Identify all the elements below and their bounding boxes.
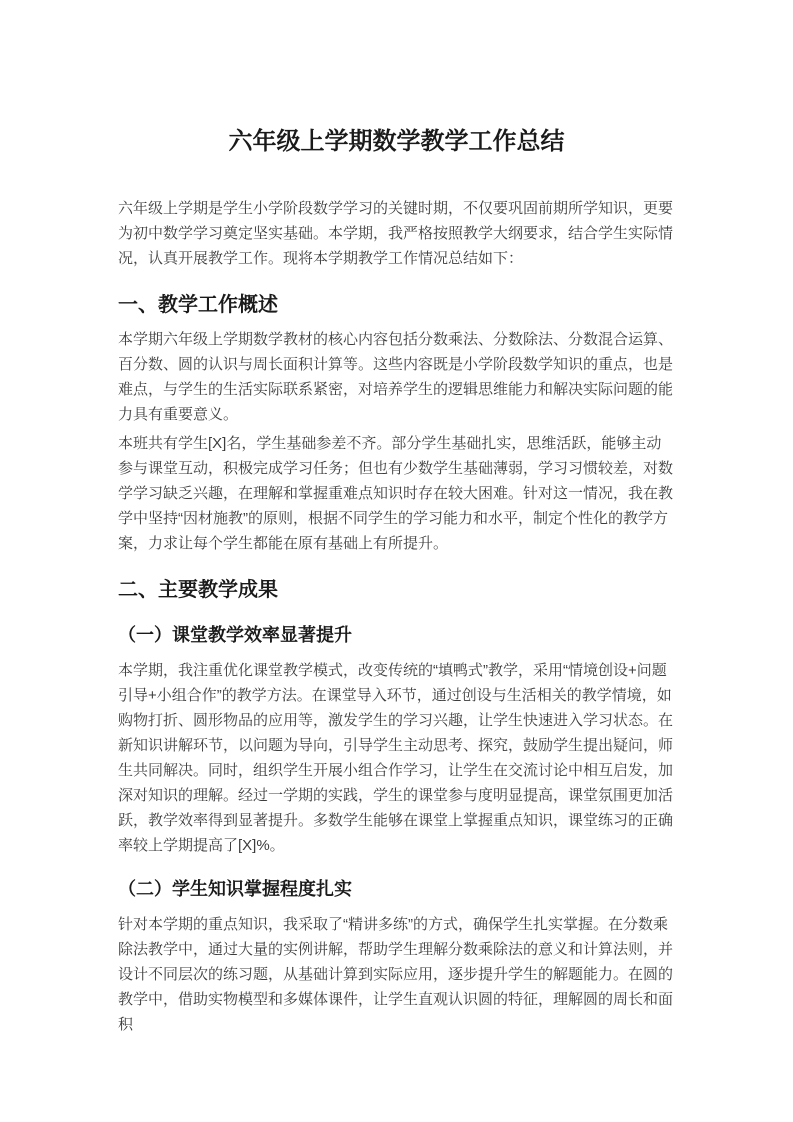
section-2-sub-2-heading: （二）学生知识掌握程度扎实 [118, 876, 675, 902]
section-1-paragraph-1: 本学期六年级上学期数学教材的核心内容包括分数乘法、分数除法、分数混合运算、百分数… [118, 327, 675, 427]
section-2-sub-1-heading: （一）课堂教学效率显著提升 [118, 622, 675, 648]
section-2-sub-1-paragraph: 本学期，我注重优化课堂教学模式，改变传统的“填鸭式”教学，采用“情境创设+问题引… [118, 658, 675, 858]
intro-paragraph: 六年级上学期是学生小学阶段数学学习的关键时期，不仅要巩固前期所学知识，更要为初中… [118, 196, 675, 271]
document-page: 六年级上学期数学教学工作总结 六年级上学期是学生小学阶段数学学习的关键时期，不仅… [0, 0, 793, 1122]
document-title: 六年级上学期数学教学工作总结 [118, 126, 675, 158]
section-2-sub-2-paragraph: 针对本学期的重点知识，我采取了“精讲多练”的方式，确保学生扎实掌握。在分数乘除法… [118, 912, 675, 1037]
section-1-heading: 一、教学工作概述 [118, 291, 675, 319]
section-1-paragraph-2: 本班共有学生[X]名，学生基础参差不齐。部分学生基础扎实，思维活跃，能够主动参与… [118, 431, 675, 556]
section-2-heading: 二、主要教学成果 [118, 576, 675, 604]
